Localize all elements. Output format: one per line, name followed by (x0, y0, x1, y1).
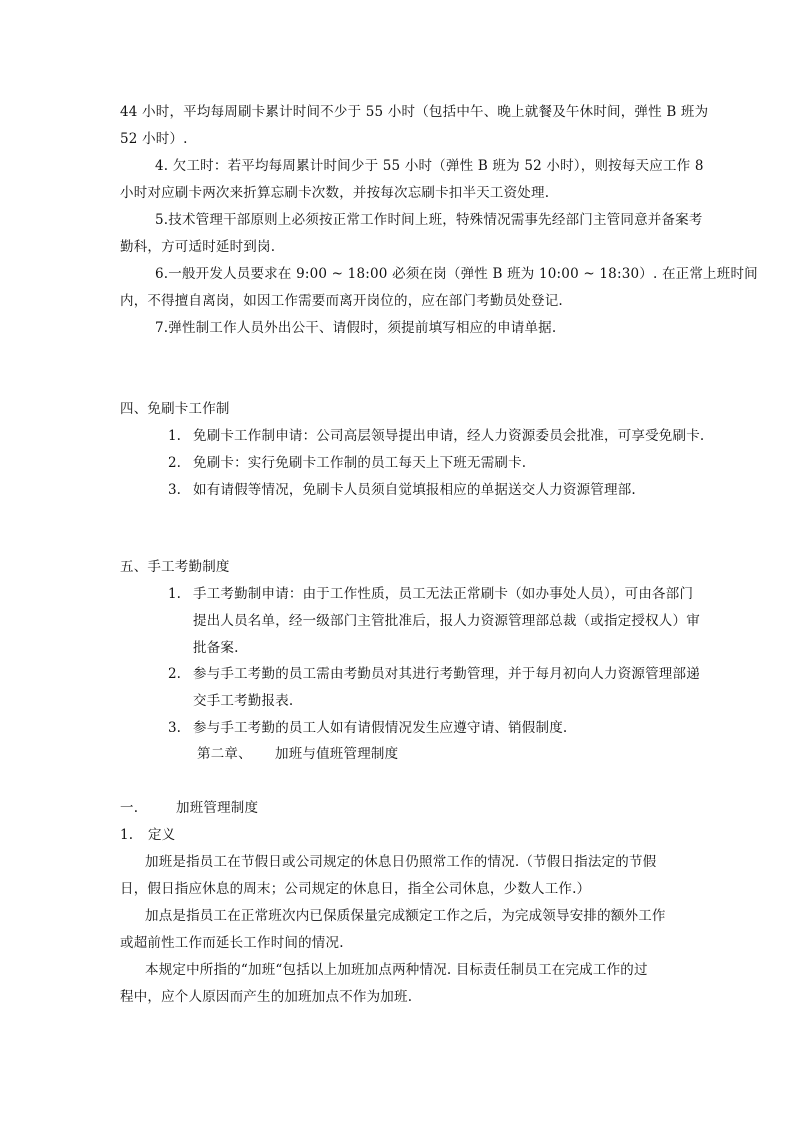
list-item-continuation: 批备案. (193, 639, 239, 657)
section-heading: 五、手工考勤制度 (120, 558, 230, 576)
rule-item-4: 4. 欠工时：若平均每周累计时间少于 55 小时（弹性 B 班为 52 小时），… (155, 157, 704, 175)
paragraph-line: 日，假日指应休息的周末；公司规定的休息日，指全公司休息，少数人工作.） (120, 880, 590, 898)
list-number: 2. (168, 665, 181, 683)
paragraph-line: 勤科，方可适时延时到岗. (120, 238, 275, 256)
paragraph-line: 本规定中所指的“加班“包括以上加班加点两种情况. 目标责任制员工在完成工作的过 (145, 961, 648, 979)
chapter-title: 加班与值班管理制度 (275, 745, 398, 763)
list-item: 参与手工考勤的员工需由考勤员对其进行考勤管理，并于每月初向人力资源管理部递 (193, 665, 700, 683)
paragraph-line: 44 小时，平均每周刷卡累计时间不少于 55 小时（包括中午、晚上就餐及午休时间… (120, 103, 708, 121)
paragraph-line: 52 小时）. (120, 130, 188, 148)
paragraph-line: 或超前性工作而延长工作时间的情况. (120, 934, 344, 952)
chapter-label: 第二章、 (197, 745, 252, 763)
list-item: 免刷卡工作制申请：公司高层领导提出申请，经人力资源委员会批准，可享受免刷卡. (193, 427, 704, 445)
paragraph-line: 小时对应刷卡两次来折算忘刷卡次数，并按每次忘刷卡扣半天工资处理. (120, 184, 549, 202)
list-item-continuation: 交手工考勤报表. (193, 692, 293, 710)
list-number: 3. (168, 481, 181, 499)
list-item: 参与手工考勤的员工人如有请假情况发生应遵守请、销假制度. (193, 719, 567, 737)
subsection-number: 1. (120, 826, 133, 844)
section-heading: 加班管理制度 (176, 799, 258, 817)
list-item: 免刷卡：实行免刷卡工作制的员工每天上下班无需刷卡. (193, 454, 526, 472)
subsection-heading: 定义 (148, 826, 175, 844)
list-number: 2. (168, 454, 181, 472)
list-number: 3. (168, 719, 181, 737)
rule-item-5: 5.技术管理干部原则上必须按正常工作时间上班，特殊情况需事先经部门主管同意并备案… (155, 211, 703, 229)
paragraph-line: 加班是指员工在节假日或公司规定的休息日仍照常工作的情况.（节假日指法定的节假 (145, 853, 656, 871)
section-number: 一. (120, 799, 138, 817)
document-page: 44 小时，平均每周刷卡累计时间不少于 55 小时（包括中午、晚上就餐及午休时间… (0, 0, 793, 1122)
list-number: 1. (168, 427, 181, 445)
section-heading: 四、免刷卡工作制 (120, 400, 230, 418)
rule-item-6: 6.一般开发人员要求在 9:00 ~ 18:00 必须在岗（弹性 B 班为 10… (155, 265, 758, 283)
list-item: 手工考勤制申请：由于工作性质，员工无法正常刷卡（如办事处人员），可由各部门 (193, 585, 693, 603)
paragraph-line: 加点是指员工在正常班次内已保质保量完成额定工作之后，为完成领导安排的额外工作 (145, 907, 666, 925)
paragraph-line: 内，不得擅自离岗，如因工作需要而离开岗位的，应在部门考勤员处登记. (120, 292, 563, 310)
list-item-continuation: 提出人员名单，经一级部门主管批准后，报人力资源管理部总裁（或指定授权人）审 (193, 612, 700, 630)
rule-item-7: 7.弹性制工作人员外出公干、请假时，须提前填写相应的申请单据. (155, 319, 556, 337)
paragraph-line: 程中，应个人原因而产生的加班加点不作为加班. (120, 988, 412, 1006)
list-number: 1. (168, 585, 181, 603)
list-item: 如有请假等情况，免刷卡人员须自觉填报相应的单据送交人力资源管理部. (193, 481, 636, 499)
